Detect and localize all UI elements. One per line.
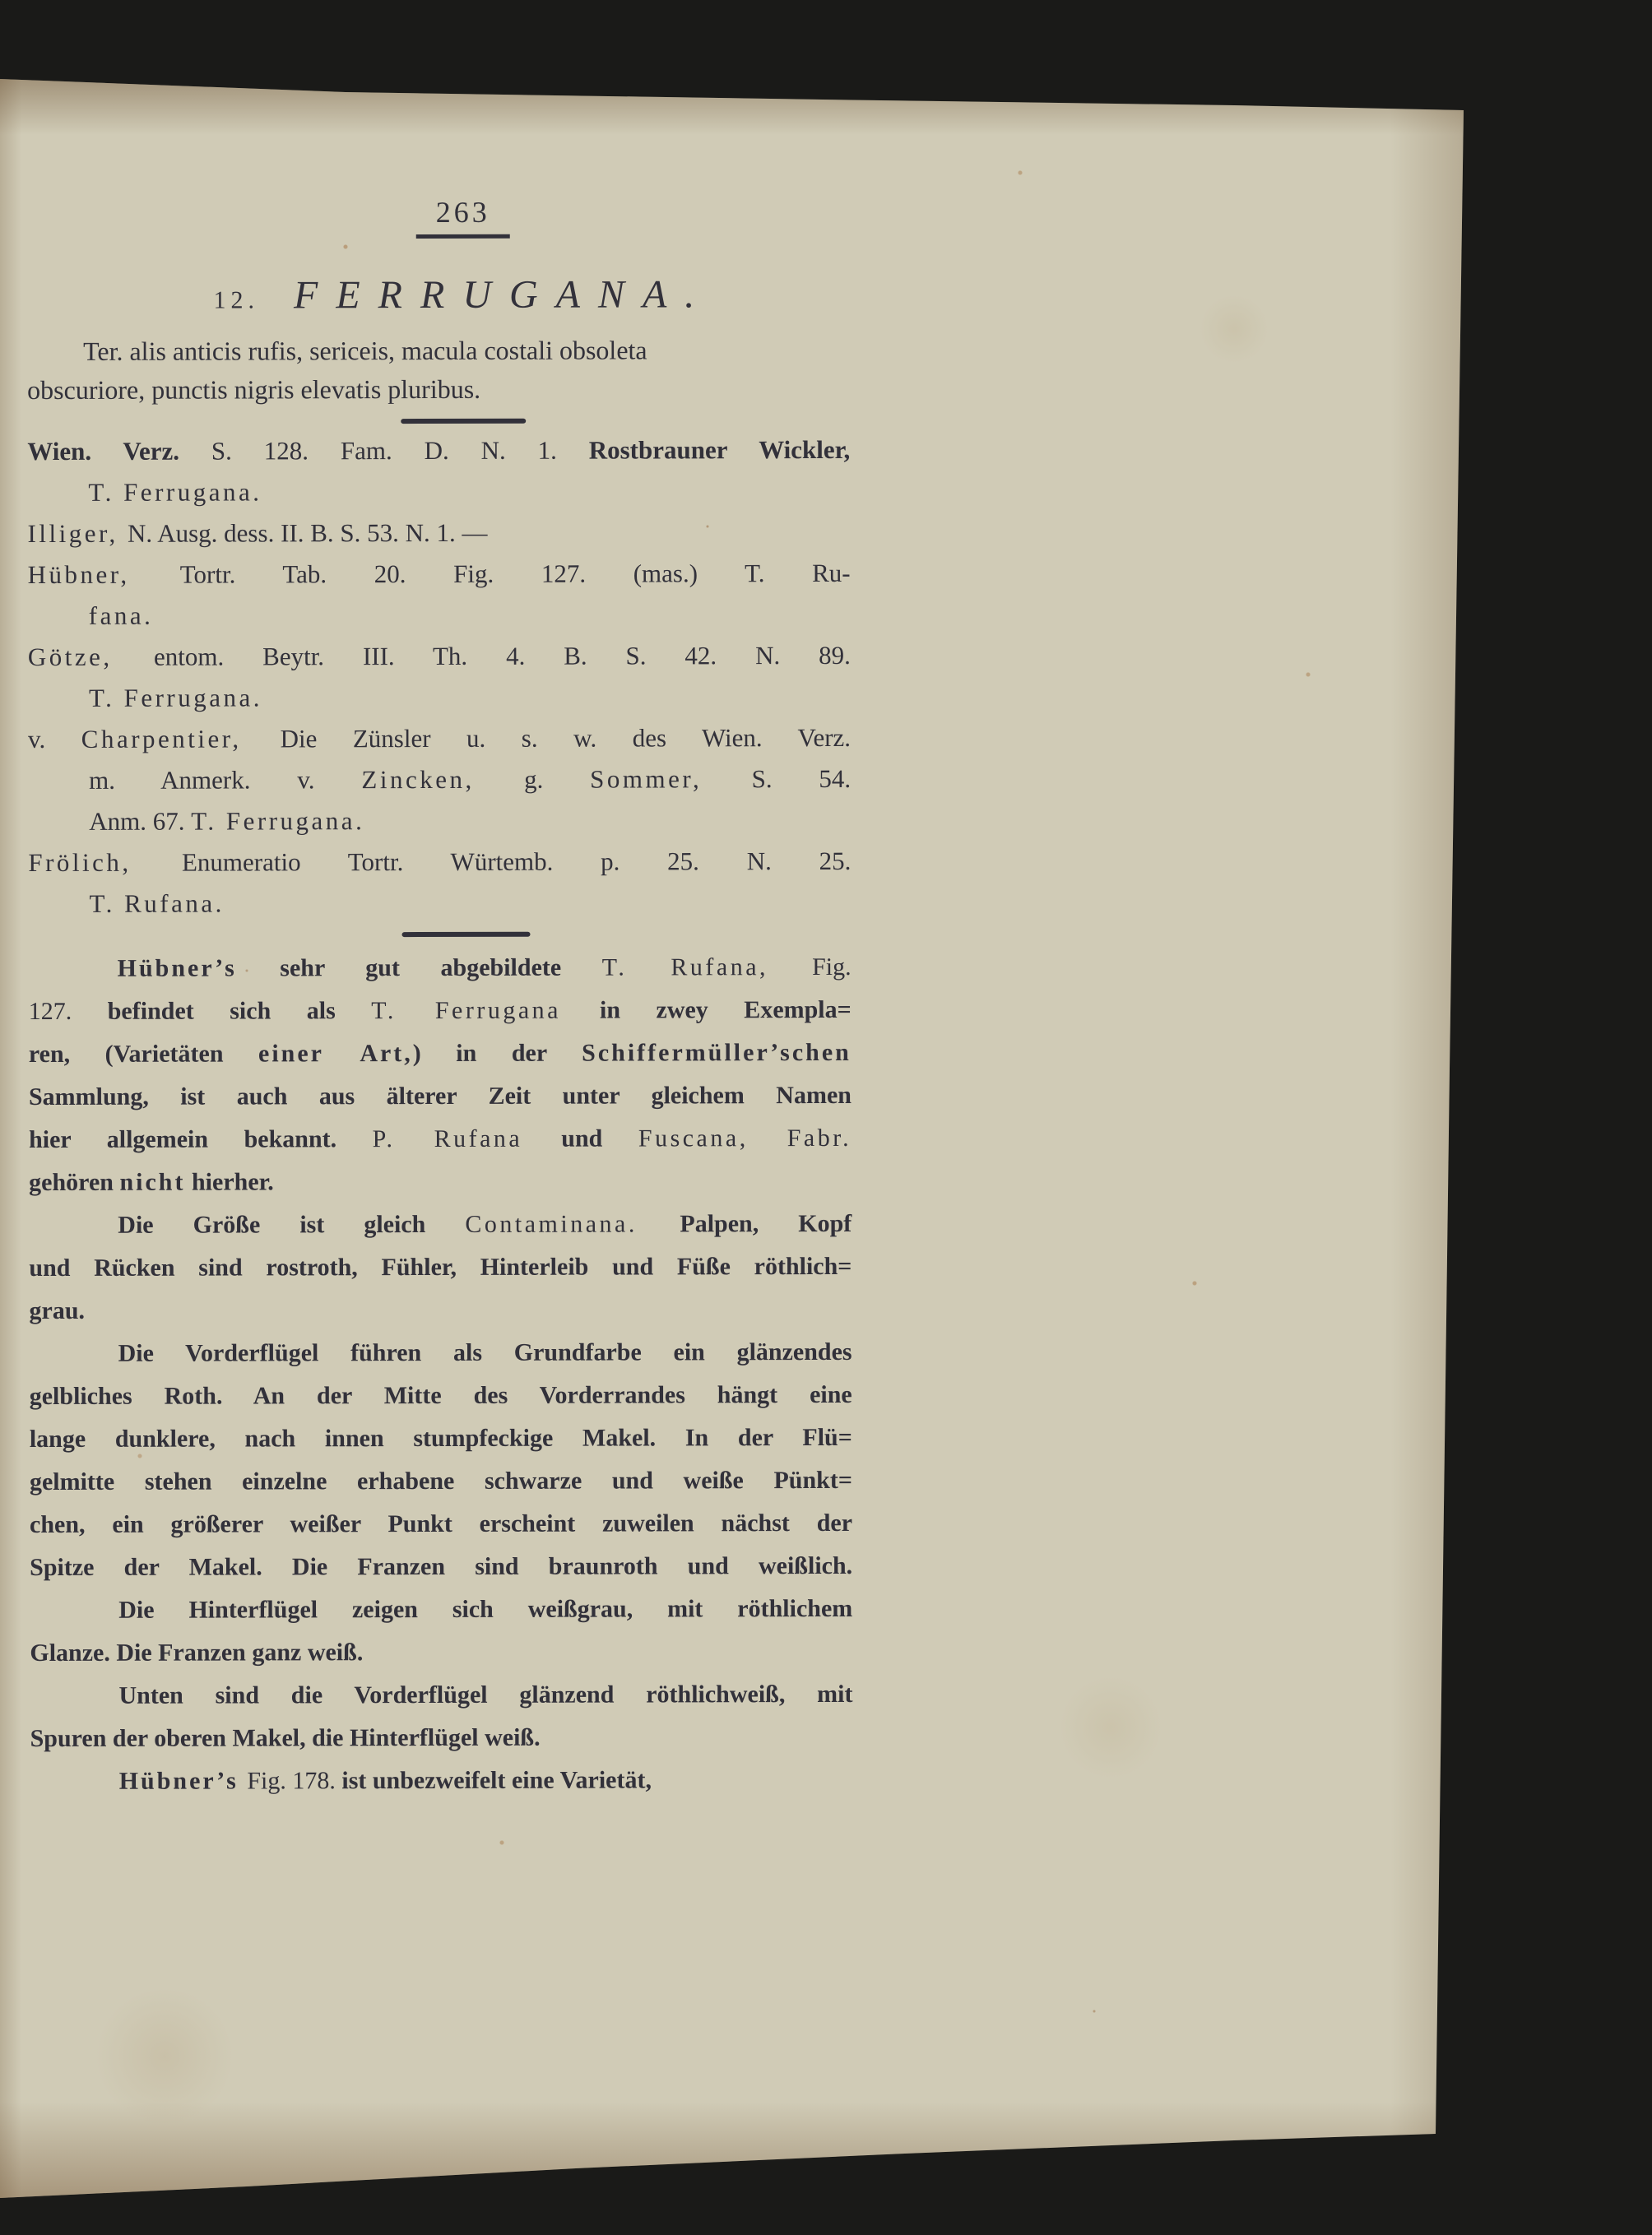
body-line: Die Vorderflügel führen als Grundfarbe e… — [30, 1331, 852, 1375]
paragraph: Unten sind die Vorderflügel glänzend röt… — [30, 1673, 852, 1760]
text-segment: Fuscana, Fabr. — [638, 1124, 852, 1152]
text-segment: gelmitte stehen einzelne erhabene schwar… — [30, 1467, 852, 1495]
body-line: gelbliches Roth. An der Mitte des Vorder… — [30, 1374, 852, 1418]
paragraph: Die Vorderflügel führen als Grundfarbe e… — [30, 1331, 853, 1589]
body-line: Sammlung, ist auch aus älterer Zeit unte… — [29, 1074, 852, 1119]
text-segment: ist unbezweifelt eine Varietät, — [341, 1766, 652, 1794]
text-segment: grau. — [29, 1297, 85, 1324]
text-segment: Anm. 67. — [89, 807, 191, 836]
text-segment: m. Anmerk. v. — [89, 765, 361, 795]
text-segment: Fig. — [812, 953, 852, 981]
body-line: lange dunklere, nach innen stumpfeckige … — [30, 1417, 852, 1461]
text-segment: Tortr. Tab. 20. Fig. 127. (mas.) T. Ru- — [180, 559, 851, 589]
paragraph: Hübner’s sehr gut abgebildete T. Rufana,… — [29, 946, 852, 1204]
species-heading: 12.FERRUGANA. — [52, 271, 875, 318]
page-content: 263 12.FERRUGANA. Ter. alis anticis rufi… — [0, 0, 1652, 2235]
body-line: grau. — [29, 1288, 852, 1333]
text-segment: Sommer, — [590, 764, 751, 793]
body-line: 127. befindet sich als T. Ferrugana in z… — [29, 989, 852, 1033]
bibliography-line: Götze, entom. Beytr. III. Th. 4. B. S. 4… — [28, 635, 851, 678]
text-segment: T. Ferrugana. — [88, 477, 262, 506]
text-segment: und Rücken sind rostroth, Fühler, Hinter… — [29, 1253, 852, 1282]
paragraph: Hübner’s Fig. 178. ist unbezweifelt eine… — [30, 1759, 853, 1803]
text-segment: Hübner, — [28, 560, 180, 589]
bibliography-line: Hübner, Tortr. Tab. 20. Fig. 127. (mas.)… — [28, 553, 851, 596]
text-segment: Schiffermüller’schen — [582, 1039, 852, 1067]
body-line: gehören nicht hierher. — [29, 1160, 852, 1204]
species-heading-index: 12. — [213, 286, 259, 313]
bibliography-line: Anm. 67. T. Ferrugana. — [28, 800, 851, 842]
body-line: gelmitte stehen einzelne erhabene schwar… — [30, 1459, 852, 1504]
bibliography-line: fana. — [28, 594, 851, 637]
text-segment: chen, ein größerer weißer Punkt erschein… — [30, 1509, 852, 1538]
text-segment: ) in der — [413, 1040, 582, 1067]
latin-diagnosis-line: obscuriore, punctis nigris elevatis plur… — [27, 369, 850, 410]
latin-diagnosis-line: Ter. alis anticis rufis, sericeis, macul… — [27, 331, 850, 371]
text-segment: Die Hinterflügel zeigen sich weißgrau, m… — [118, 1595, 852, 1624]
text-segment: gehören — [29, 1169, 119, 1196]
text-segment: Rostbrauner Wickler, — [589, 435, 851, 465]
paragraph: Die Hinterflügel zeigen sich weißgrau, m… — [30, 1588, 852, 1675]
text-segment: Spitze der Makel. Die Franzen sind braun… — [30, 1552, 852, 1581]
text-segment: T. Ferrugana. — [89, 683, 262, 712]
bibliography-line: v. Charpentier, Die Zünsler u. s. w. des… — [28, 717, 851, 760]
text-segment: S. 128. Fam. D. N. 1. — [211, 436, 589, 466]
bibliography-line: Illiger, N. Ausg. dess. II. B. S. 53. N.… — [27, 512, 850, 554]
bibliography-line: m. Anmerk. v. Zincken, g. Sommer, S. 54. — [28, 758, 851, 801]
text-segment: Contaminana. — [465, 1210, 680, 1238]
text-segment: Sammlung, ist auch aus älterer Zeit unte… — [29, 1082, 852, 1111]
body-line: Die Hinterflügel zeigen sich weißgrau, m… — [30, 1588, 852, 1632]
text-segment: Wien. Verz. — [27, 437, 211, 466]
divider-rule — [401, 419, 526, 424]
text-segment: N. Ausg. dess. II. B. S. 53. N. 1. — — [128, 518, 488, 548]
description-text: Hübner’s sehr gut abgebildete T. Rufana,… — [29, 946, 853, 1803]
paper-sheet: 263 12.FERRUGANA. Ter. alis anticis rufi… — [0, 0, 1652, 2235]
text-segment: Hübner’s — [118, 954, 281, 981]
body-line: Unten sind die Vorderflügel glänzend röt… — [30, 1673, 852, 1718]
text-segment: in zwey Exempla= — [600, 996, 852, 1024]
body-line: Spuren der oberen Makel, die Hinterflüge… — [30, 1716, 853, 1760]
text-segment: T. Rufana, — [602, 953, 812, 981]
paragraph: Die Größe ist gleich Contaminana. Palpen… — [29, 1203, 852, 1333]
text-segment: T. Ferrugana — [371, 997, 600, 1025]
body-line: Hübner’s Fig. 178. ist unbezweifelt eine… — [30, 1759, 853, 1803]
text-segment: Enumeratio Tortr. Würtemb. p. 25. N. 25. — [182, 846, 851, 877]
text-segment: sehr gut abgebildete — [280, 954, 602, 982]
bibliography-line: T. Rufana. — [28, 882, 851, 925]
body-line: chen, ein größerer weißer Punkt erschein… — [30, 1502, 852, 1546]
divider-rule — [402, 932, 531, 937]
text-segment: Palpen, Kopf — [680, 1210, 852, 1237]
page-number-text: 263 — [416, 195, 510, 239]
text-segment: Die Zünsler u. s. w. des Wien. Verz. — [281, 723, 852, 753]
text-segment: nicht — [119, 1169, 185, 1196]
text-segment: ren, (Varietäten — [29, 1040, 258, 1068]
body-line: Hübner’s sehr gut abgebildete T. Rufana,… — [29, 946, 852, 990]
text-segment: hier allgemein bekannt. — [29, 1125, 373, 1153]
text-segment: gelbliches Roth. An der Mitte des Vorder… — [30, 1381, 852, 1410]
text-segment: Glanze. Die Franzen ganz weiß. — [30, 1639, 363, 1667]
bibliography-section: Wien. Verz. S. 128. Fam. D. N. 1. Rostbr… — [27, 429, 851, 925]
text-segment: entom. Beytr. III. Th. 4. B. S. 42. N. 8… — [154, 641, 851, 671]
text-segment: Spuren der oberen Makel, die Hinterflüge… — [30, 1724, 541, 1752]
text-segment: Zincken, — [361, 765, 524, 794]
text-segment: Fig. 178. — [247, 1767, 341, 1794]
body-line: ren, (Varietäten einer Art,) in der Schi… — [29, 1032, 852, 1076]
text-segment: fana. — [89, 601, 154, 630]
bibliography-line: T. Ferrugana. — [28, 676, 851, 719]
text-segment: T. Ferrugana. — [191, 806, 364, 835]
bibliography-line: Wien. Verz. S. 128. Fam. D. N. 1. Rostbr… — [27, 429, 850, 472]
body-line: und Rücken sind rostroth, Fühler, Hinter… — [29, 1245, 852, 1290]
text-segment: P. Rufana — [373, 1125, 562, 1152]
text-segment: Frölich, — [28, 848, 182, 877]
species-heading-title: FERRUGANA. — [294, 272, 712, 317]
body-line: Glanze. Die Franzen ganz weiß. — [30, 1630, 852, 1675]
text-segment: 127. — [29, 998, 108, 1025]
text-segment: Die Größe ist gleich — [118, 1211, 465, 1239]
bibliography-line: T. Ferrugana. — [27, 471, 850, 513]
latin-diagnosis: Ter. alis anticis rufis, sericeis, macul… — [27, 331, 850, 410]
body-line: Die Größe ist gleich Contaminana. Palpen… — [29, 1203, 852, 1247]
bibliography-line: Frölich, Enumeratio Tortr. Würtemb. p. 2… — [28, 841, 851, 883]
page-number: 263 — [52, 194, 875, 239]
text-segment: befindet sich als — [108, 997, 372, 1025]
text-segment: Die Vorderflügel führen als Grundfarbe e… — [118, 1338, 852, 1367]
text-segment: T. Rufana. — [89, 889, 224, 918]
scanned-book-page: 263 12.FERRUGANA. Ter. alis anticis rufi… — [0, 0, 1652, 2235]
text-segment: Unten sind die Vorderflügel glänzend röt… — [118, 1681, 852, 1709]
text-segment: Götze, — [28, 642, 154, 671]
text-segment: Illiger, — [27, 519, 128, 548]
text-segment: g. — [524, 765, 590, 794]
text-segment: S. 54. — [752, 764, 852, 793]
text-segment: und — [561, 1124, 638, 1152]
text-segment: einer Art, — [258, 1040, 413, 1067]
text-segment: hierher. — [185, 1168, 273, 1195]
text-segment: Hübner’s — [119, 1767, 248, 1794]
body-line: hier allgemein bekannt. P. Rufana und Fu… — [29, 1117, 852, 1162]
text-segment: v. — [28, 725, 81, 754]
text-segment: Charpentier, — [81, 724, 281, 754]
body-line: Spitze der Makel. Die Franzen sind braun… — [30, 1545, 852, 1589]
text-segment: lange dunklere, nach innen stumpfeckige … — [30, 1424, 852, 1453]
